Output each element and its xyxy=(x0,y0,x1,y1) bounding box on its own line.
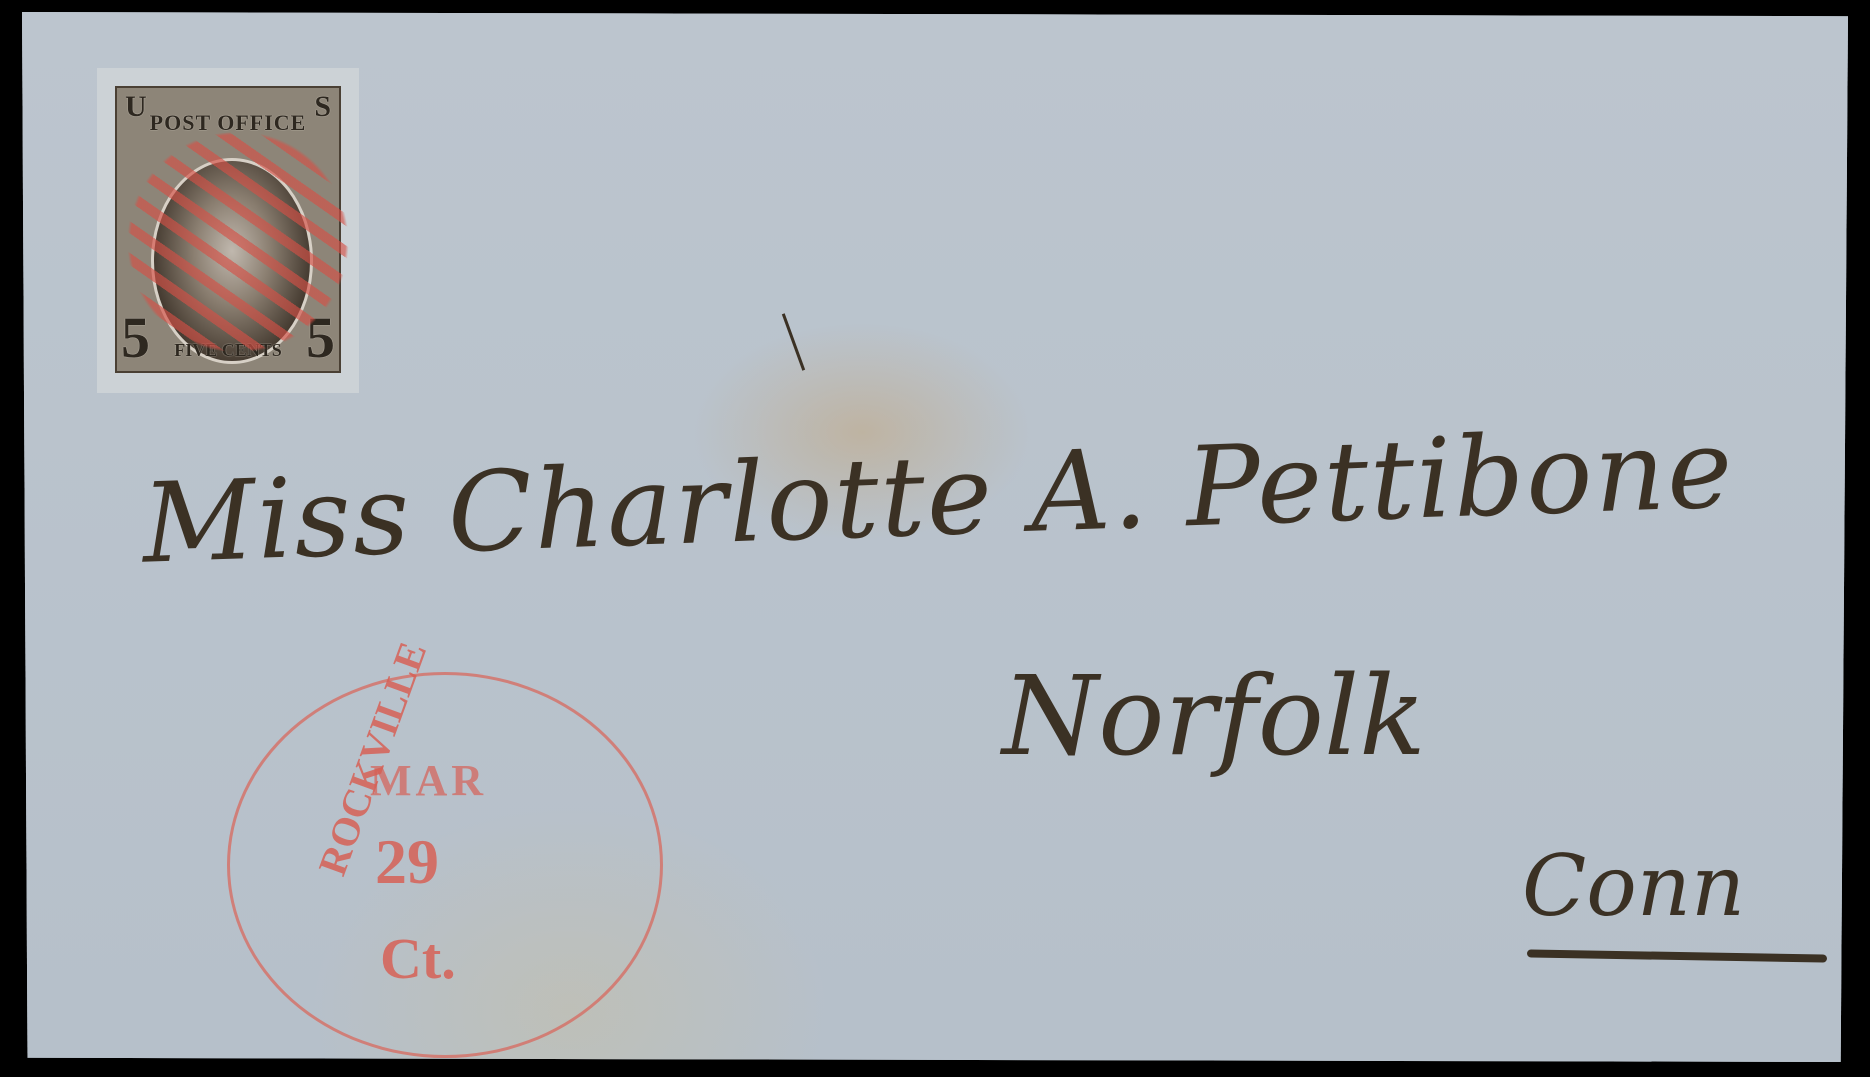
postmark-state: Ct. xyxy=(380,925,456,992)
address-line-3: Conn xyxy=(1522,837,1745,935)
postmark-circle: ROCKVILLE MAR 29 Ct. xyxy=(227,672,663,1058)
address-underline xyxy=(1527,949,1827,962)
postmark-day: 29 xyxy=(375,825,439,899)
address-line-1: Miss Charlotte A. Pettibone xyxy=(140,404,1736,587)
envelope-cover: U S POST OFFICE 5 5 FIVE CENTS ROCKVILLE… xyxy=(22,12,1848,1062)
address-line-2: Norfolk xyxy=(1002,652,1426,780)
postmark-month: MAR xyxy=(370,755,487,806)
grid-cancel-icon xyxy=(118,132,358,352)
ink-stroke xyxy=(782,313,805,370)
